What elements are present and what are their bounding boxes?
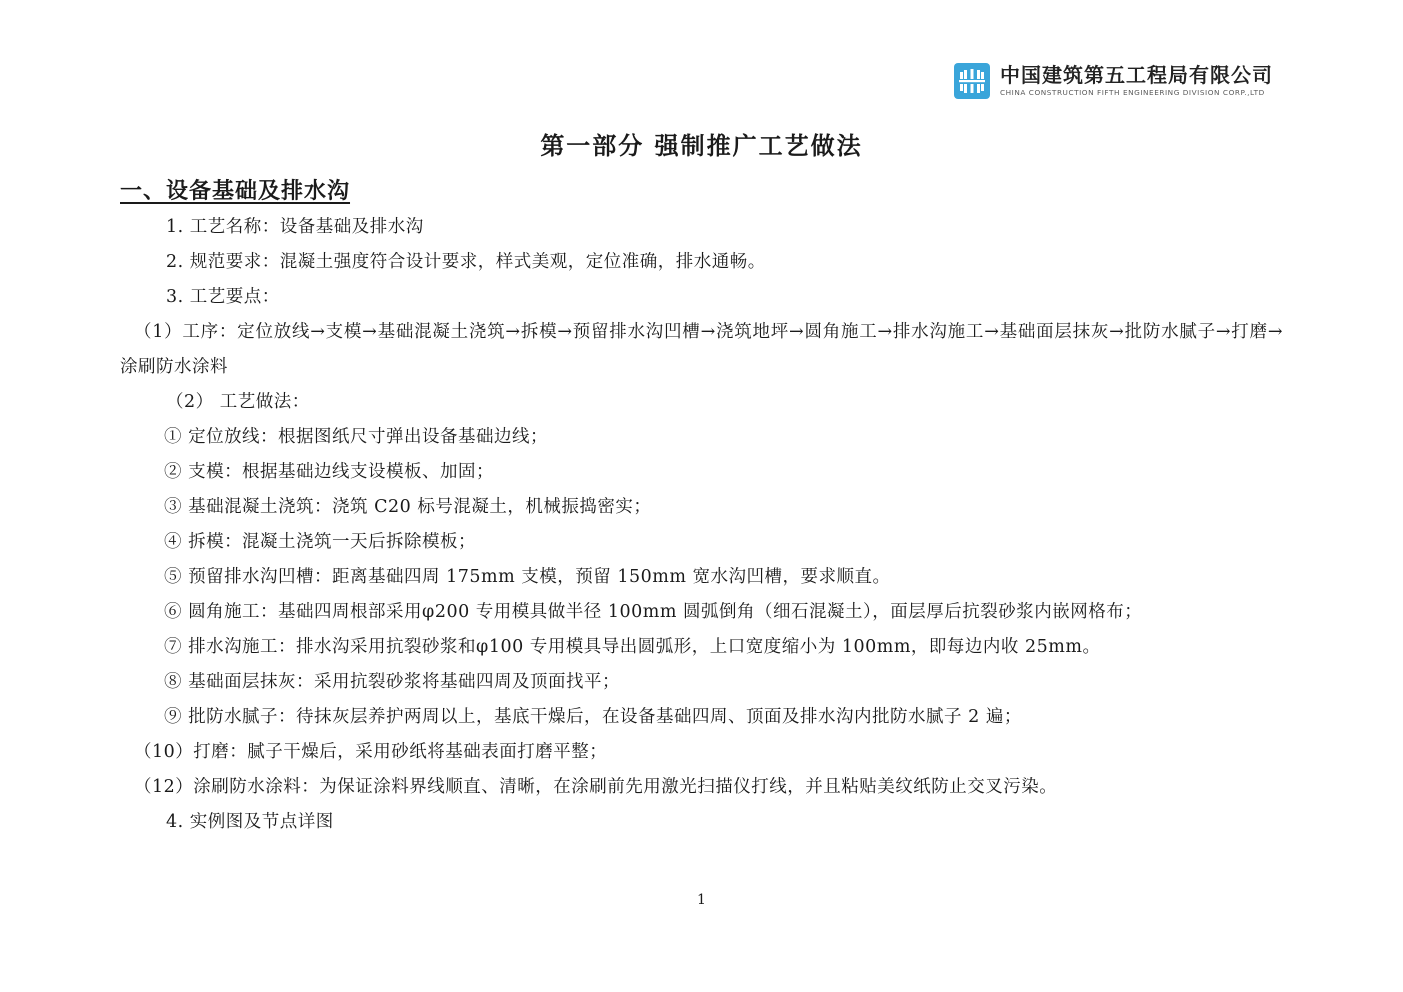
document-page: 中国建筑第五工程局有限公司 CHINA CONSTRUCTION FIFTH E… <box>0 0 1403 992</box>
company-name-en: CHINA CONSTRUCTION FIFTH ENGINEERING DIV… <box>1000 89 1273 97</box>
doc-line-example-figures: 4. 实例图及节点详图 <box>120 805 1283 840</box>
doc-line-step-4: ④ 拆模：混凝土浇筑一天后拆除模板； <box>120 525 1283 560</box>
doc-line-sequence: （1）工序：定位放线→支模→基础混凝土浇筑→拆模→预留排水沟凹槽→浇筑地坪→圆角… <box>120 315 1283 385</box>
doc-line-spec-requirement: 2. 规范要求：混凝土强度符合设计要求，样式美观，定位准确，排水通畅。 <box>120 245 1283 280</box>
doc-line-method-heading: （2） 工艺做法： <box>120 385 1283 420</box>
company-logo: 中国建筑第五工程局有限公司 CHINA CONSTRUCTION FIFTH E… <box>954 63 1273 99</box>
company-name-zh: 中国建筑第五工程局有限公司 <box>1000 65 1273 86</box>
doc-line-step-1: ① 定位放线：根据图纸尺寸弹出设备基础边线； <box>120 420 1283 455</box>
page-number: 1 <box>0 892 1403 908</box>
doc-line-step-7: ⑦ 排水沟施工：排水沟采用抗裂砂浆和φ100 专用模具导出圆弧形，上口宽度缩小为… <box>120 630 1283 665</box>
doc-line-step-9: ⑨ 批防水腻子：待抹灰层养护两周以上，基底干燥后，在设备基础四周、顶面及排水沟内… <box>120 700 1283 735</box>
company-logo-text: 中国建筑第五工程局有限公司 CHINA CONSTRUCTION FIFTH E… <box>1000 65 1273 97</box>
doc-line-step-10: （10）打磨：腻子干燥后，采用砂纸将基础表面打磨平整； <box>120 735 1283 770</box>
doc-line-step-2: ② 支模：根据基础边线支设模板、加固； <box>120 455 1283 490</box>
section-heading: 一、设备基础及排水沟 <box>120 174 350 205</box>
cscec-logo-icon <box>954 63 990 99</box>
doc-line-process-name: 1. 工艺名称：设备基础及排水沟 <box>120 210 1283 245</box>
document-body: 1. 工艺名称：设备基础及排水沟 2. 规范要求：混凝土强度符合设计要求，样式美… <box>120 210 1283 840</box>
doc-line-step-3: ③ 基础混凝土浇筑：浇筑 C20 标号混凝土，机械振捣密实； <box>120 490 1283 525</box>
doc-line-step-12: （12）涂刷防水涂料：为保证涂料界线顺直、清晰，在涂刷前先用激光扫描仪打线，并且… <box>120 770 1283 805</box>
doc-line-step-5: ⑤ 预留排水沟凹槽：距离基础四周 175mm 支模，预留 150mm 宽水沟凹槽… <box>120 560 1283 595</box>
doc-line-step-8: ⑧ 基础面层抹灰：采用抗裂砂浆将基础四周及顶面找平； <box>120 665 1283 700</box>
doc-line-step-6: ⑥ 圆角施工：基础四周根部采用φ200 专用模具做半径 100mm 圆弧倒角（细… <box>120 595 1283 630</box>
document-title: 第一部分 强制推广工艺做法 <box>0 126 1403 161</box>
doc-line-key-points: 3. 工艺要点： <box>120 280 1283 315</box>
